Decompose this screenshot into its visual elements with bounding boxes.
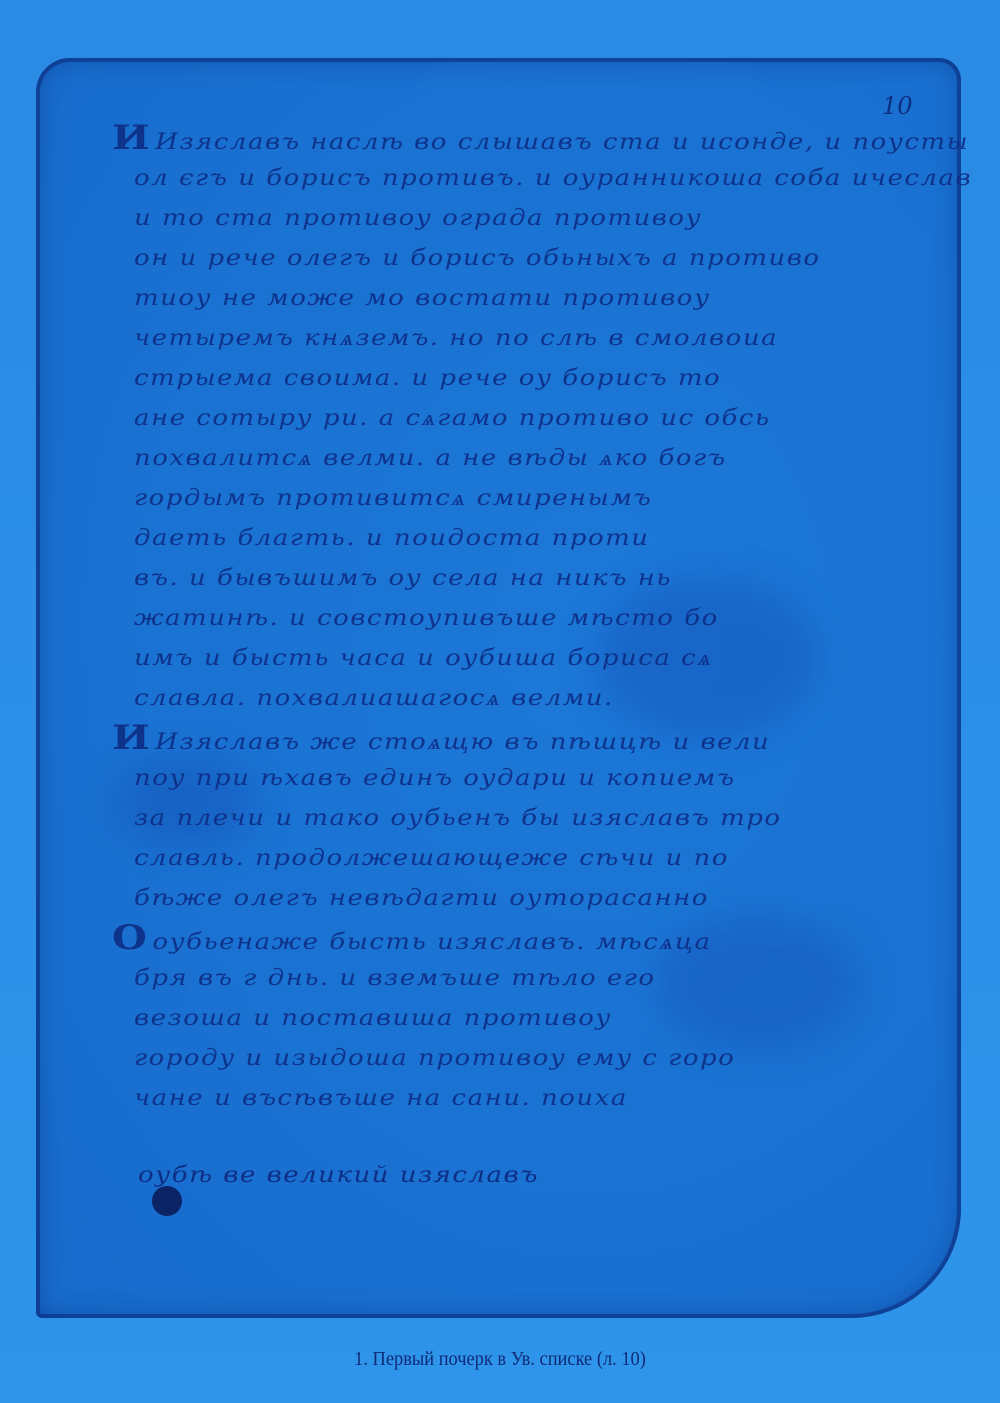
manuscript-line: ИИзяславъ же стоѧщю въ пѣшцѣ и вели — [112, 721, 972, 755]
manuscript-line: городу и изыдоша противоу ему с горо — [112, 1041, 972, 1075]
manuscript-line: даеть благть. и поидоста проти — [112, 521, 972, 555]
manuscript-line: ол єгъ и борисъ противъ. и оуранникоша с… — [112, 161, 972, 195]
manuscript-line: поу при ѣхавъ единъ оудари и копиемъ — [112, 761, 972, 795]
book-plate-background: 10 ИИзяславъ наслѣ во слышавъ ста и исон… — [0, 0, 1000, 1403]
manuscript-line: славла. похвалиашагосѧ велми. — [112, 681, 972, 715]
manuscript-line: ИИзяславъ наслѣ во слышавъ ста и исонде,… — [112, 121, 972, 155]
manuscript-final-line: оубѣ ве великий изяславъ — [138, 1162, 539, 1188]
manuscript-line: бря въ г днь. и вземъше тѣло его — [112, 961, 972, 995]
initial-letter: О — [112, 921, 148, 955]
manuscript-line: стрыема своима. и рече оу борисъ то — [112, 361, 972, 395]
manuscript-text: ИИзяславъ наслѣ во слышавъ ста и исонде,… — [112, 118, 972, 1118]
initial-letter: И — [112, 721, 151, 755]
manuscript-line: ане сотыру ри. а сѧгамо противо ис обсь — [112, 401, 972, 435]
manuscript-line: въ. и бывъшимъ оу села на никъ нь — [112, 561, 972, 595]
manuscript-line: чане и въсѣвъше на сани. поиха — [112, 1081, 972, 1115]
manuscript-line: гордымъ противитсѧ смиренымъ — [112, 481, 972, 515]
manuscript-line: он и рече олегъ и борисъ обьныхъ а проти… — [112, 241, 972, 275]
manuscript-line: везоша и поставиша противоу — [112, 1001, 972, 1035]
manuscript-line: имъ и бысть часа и оубиша бориса сѧ — [112, 641, 972, 675]
manuscript-line: славль. продолжешающеже сѣчи и по — [112, 841, 972, 875]
manuscript-line: бѣже олегъ невѣдагти оуторасанно — [112, 881, 972, 915]
manuscript-line: четыремъ кнѧземъ. но по слѣ в смолвоиа — [112, 321, 972, 355]
manuscript-line: жатинѣ. и совстоупивъше мѣсто бо — [112, 601, 972, 635]
manuscript-line: тиоу не може мо востати противоу — [112, 281, 972, 315]
initial-letter: И — [112, 121, 151, 155]
figure-caption: 1. Первый почерк в Ув. списке (л. 10) — [40, 1348, 960, 1371]
manuscript-line: Ооубьенаже бысть изяславъ. мѣсѧца — [112, 921, 972, 955]
manuscript-line: и то ста противоу ограда противоу — [112, 201, 972, 235]
manuscript-line: похвалитсѧ велми. а не вѣды ѧко богъ — [112, 441, 972, 475]
folio-number: 10 — [882, 92, 913, 120]
manuscript-line: за плечи и тако оубьенъ бы изяславъ тро — [112, 801, 972, 835]
binding-hole — [152, 1186, 182, 1216]
